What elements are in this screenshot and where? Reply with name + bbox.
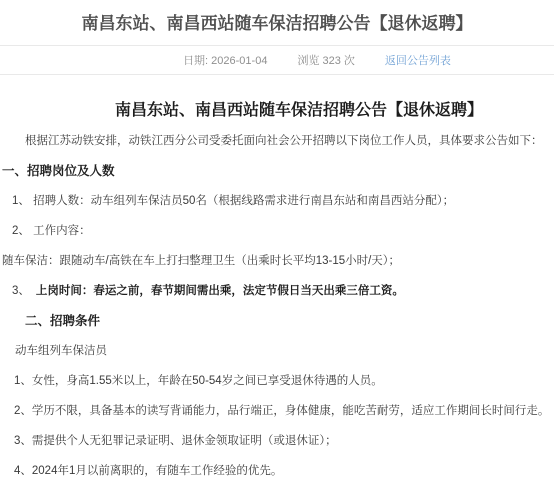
article-heading: 南昌东站、南昌西站随车保洁招聘公告【退休返聘】 <box>0 100 554 122</box>
section1-item3-bold-text: 上岗时间：春运之前，春节期间需出乘，法定节假日当天出乘三倍工资。 <box>36 285 404 297</box>
section2-item4: 4、2024年1月以前离职的，有随车工作经验的优先。 <box>14 463 554 480</box>
views-label: 浏览 323 次 <box>297 52 354 68</box>
section1-item3-number: 3、 <box>12 285 30 297</box>
section1-heading: 一、招聘岗位及人数 <box>2 163 554 180</box>
section1-item2-detail: 随车保洁：跟随动车/高铁在车上打扫整理卫生（出乘时长平均13-15小时/天）； <box>2 253 554 270</box>
section1-item3: 3、上岗时间：春运之前，春节期间需出乘，法定节假日当天出乘三倍工资。 <box>12 283 554 300</box>
date-label: 日期: 2026-01-04 <box>183 52 267 68</box>
page-title: 南昌东站、南昌西站随车保洁招聘公告【退休返聘】 <box>0 0 554 36</box>
section1-item2: 2、 工作内容： <box>12 223 554 240</box>
article-body: 南昌东站、南昌西站随车保洁招聘公告【退休返聘】 根据江苏动铁安排，动铁江西分公司… <box>0 100 554 480</box>
section1-item1: 1、 招聘人数：动车组列车保洁员50名（根据线路需求进行南昌东站和南昌西站分配）… <box>12 193 554 210</box>
section2-item1: 1、女性，身高1.55米以上，年龄在50-54岁之间已享受退休待遇的人员。 <box>14 373 554 390</box>
back-to-list-link[interactable]: 返回公告列表 <box>385 52 451 68</box>
announcement-page: 南昌东站、南昌西站随车保洁招聘公告【退休返聘】 日期: 2026-01-04 浏… <box>0 0 554 488</box>
intro-paragraph: 根据江苏动铁安排，动铁江西分公司受委托面向社会公开招聘以下岗位工作人员，具体要求… <box>0 133 554 150</box>
section2-item3: 3、需提供个人无犯罪记录证明、退休金领取证明（或退休证）； <box>14 433 554 450</box>
meta-bar: 日期: 2026-01-04 浏览 323 次 返回公告列表 <box>0 45 554 75</box>
section2-subtitle: 动车组列车保洁员 <box>15 343 554 360</box>
section2-item2: 2、学历不限，具备基本的读写背诵能力，品行端正，身体健康，能吃苦耐劳，适应工作期… <box>14 403 554 420</box>
section2-heading: 二、招聘条件 <box>25 313 554 330</box>
